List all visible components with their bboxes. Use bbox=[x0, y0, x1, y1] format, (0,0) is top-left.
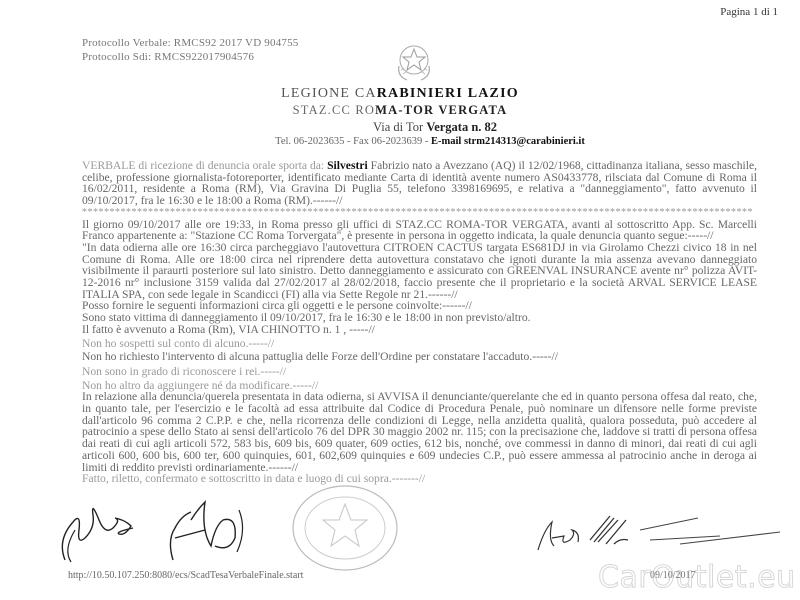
complainant-signature bbox=[55, 490, 245, 565]
paragraph-5: Il fatto è avvenuto a Roma (Rm), VIA CHI… bbox=[82, 324, 757, 336]
paragraph-1: Il giorno 09/10/2017 alle ore 19:33, in … bbox=[82, 219, 757, 242]
footer-url: http://10.50.107.250:8080/ecs/ScadTesaVe… bbox=[68, 570, 303, 581]
official-stamp-icon bbox=[285, 480, 400, 575]
paragraph-2: "In data odierna alle ore 16:30 circa pa… bbox=[82, 242, 757, 301]
separator-stars: ****************************************… bbox=[82, 207, 757, 219]
page-indicator: Pagina 1 di 1 bbox=[720, 6, 778, 18]
footer-date: 09/10/2017 bbox=[650, 570, 696, 581]
republic-emblem-icon bbox=[393, 40, 435, 84]
watermark-logo: CarOutlet.eu bbox=[598, 560, 796, 595]
paragraph-6: Non ho sospetti sul conto di alcuno.----… bbox=[82, 338, 757, 350]
intro-paragraph: VERBALE di ricezione di denuncia orale s… bbox=[82, 160, 757, 207]
paragraph-8: Non sono in grado di riconoscere i rei.-… bbox=[82, 366, 757, 378]
paragraph-7: Non ho richiesto l'intervento di alcuna … bbox=[82, 351, 757, 363]
header-legione: LEGIONE CARABINIERI LAZIO bbox=[0, 86, 800, 102]
header-stazione: STAZ.CC ROMA-TOR VERGATA bbox=[0, 103, 800, 118]
paragraph-11: Fatto, riletto, confermato e sottoscritt… bbox=[82, 473, 757, 485]
officer-signature bbox=[530, 510, 790, 560]
paragraph-10: In relazione alla denuncia/querela prese… bbox=[82, 391, 757, 473]
header-contacts: Tel. 06-2023635 - Fax 06-2023639 - E-mai… bbox=[30, 136, 800, 147]
protocol-verbale: Protocollo Verbale: RMCS92 2017 VD 90475… bbox=[82, 37, 299, 49]
header-address: Via di Tor Vergata n. 82 bbox=[35, 120, 800, 135]
document-body: VERBALE di ricezione di denuncia orale s… bbox=[82, 160, 757, 485]
protocol-sdi: Protocollo Sdi: RMCS922017904576 bbox=[82, 51, 254, 63]
